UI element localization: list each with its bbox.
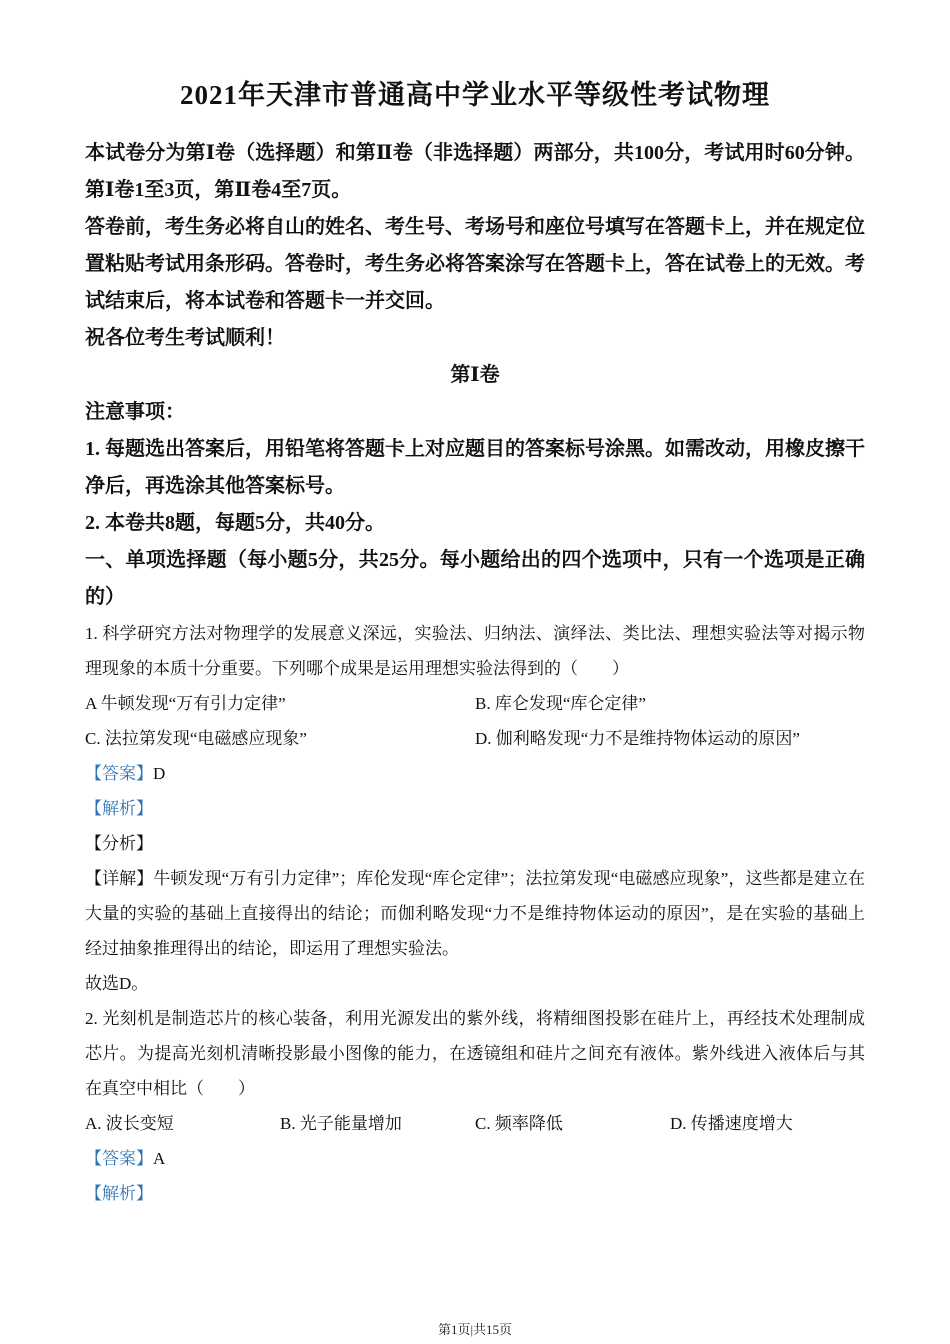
question-1-review-label: 【分析】 [85,826,865,861]
question-2-analysis-label: 【解析】 [85,1176,865,1211]
notes-heading: 注意事项： [85,394,865,431]
answer-label: 【答案】 [85,1149,153,1168]
question-1-option-a: A 牛顿发现“万有引力定律” [85,686,475,721]
question-1-conclusion: 故选D。 [85,966,865,1001]
page-number-indicator: 第1页|共15页 [0,1319,950,1338]
question-1-option-c: C. 法拉第发现“电磁感应现象” [85,721,475,756]
part-1-heading: 一、单项选择题（每小题5分，共25分。每小题给出的四个选项中，只有一个选项是正确… [85,542,865,616]
question-2-answer-value: A [153,1149,165,1168]
question-2: 2. 光刻机是制造芯片的核心装备，利用光源发出的紫外线，将精细图投影在硅片上，再… [85,1001,865,1211]
detail-label: 【详解】 [85,869,153,888]
page-title: 2021年天津市普通高中学业水平等级性考试物理 [85,75,865,115]
answer-label: 【答案】 [85,764,153,783]
question-1-option-d: D. 伽利略发现“力不是维持物体运动的原因” [475,721,865,756]
question-1-detail-paragraph: 【详解】牛顿发现“万有引力定律”；库伦发现“库仑定律”；法拉第发现“电磁感应现象… [85,861,865,966]
question-1-option-b: B. 库仑发现“库仑定律” [475,686,865,721]
intro-good-luck-line: 祝各位考生考试顺利！ [85,320,865,357]
volume-1-heading: 第Ⅰ卷 [85,357,865,394]
question-2-option-c: C. 频率降低 [475,1106,670,1141]
exam-document-page: 2021年天津市普通高中学业水平等级性考试物理 本试卷分为第Ⅰ卷（选择题）和第Ⅱ… [0,0,950,1211]
question-2-stem: 2. 光刻机是制造芯片的核心装备，利用光源发出的紫外线，将精细图投影在硅片上，再… [85,1001,865,1106]
note-item-2: 2. 本卷共8题，每题5分，共40分。 [85,505,865,542]
question-1-answer-line: 【答案】D [85,756,865,791]
intro-paragraph-answer-sheet-rules: 答卷前，考生务必将自山的姓名、考生号、考场号和座位号填写在答题卡上，并在规定位置… [85,209,865,320]
question-1-options: A 牛顿发现“万有引力定律” B. 库仑发现“库仑定律” C. 法拉第发现“电磁… [85,686,865,756]
question-1-analysis-label: 【解析】 [85,791,865,826]
intro-paragraph-exam-structure: 本试卷分为第Ⅰ卷（选择题）和第Ⅱ卷（非选择题）两部分，共100分，考试用时60分… [85,135,865,209]
question-2-answer-line: 【答案】A [85,1141,865,1176]
question-2-option-b: B. 光子能量增加 [280,1106,475,1141]
question-2-option-d: D. 传播速度增大 [670,1106,865,1141]
question-1-stem: 1. 科学研究方法对物理学的发展意义深远，实验法、归纳法、演绎法、类比法、理想实… [85,616,865,686]
note-item-1: 1. 每题选出答案后，用铅笔将答题卡上对应题目的答案标号涂黑。如需改动，用橡皮擦… [85,431,865,505]
question-1: 1. 科学研究方法对物理学的发展意义深远，实验法、归纳法、演绎法、类比法、理想实… [85,616,865,1001]
question-2-option-a: A. 波长变短 [85,1106,280,1141]
question-1-answer-value: D [153,764,165,783]
question-2-options: A. 波长变短 B. 光子能量增加 C. 频率降低 D. 传播速度增大 [85,1106,865,1141]
question-1-detail-text: 牛顿发现“万有引力定律”；库伦发现“库仑定律”；法拉第发现“电磁感应现象”，这些… [85,869,865,958]
